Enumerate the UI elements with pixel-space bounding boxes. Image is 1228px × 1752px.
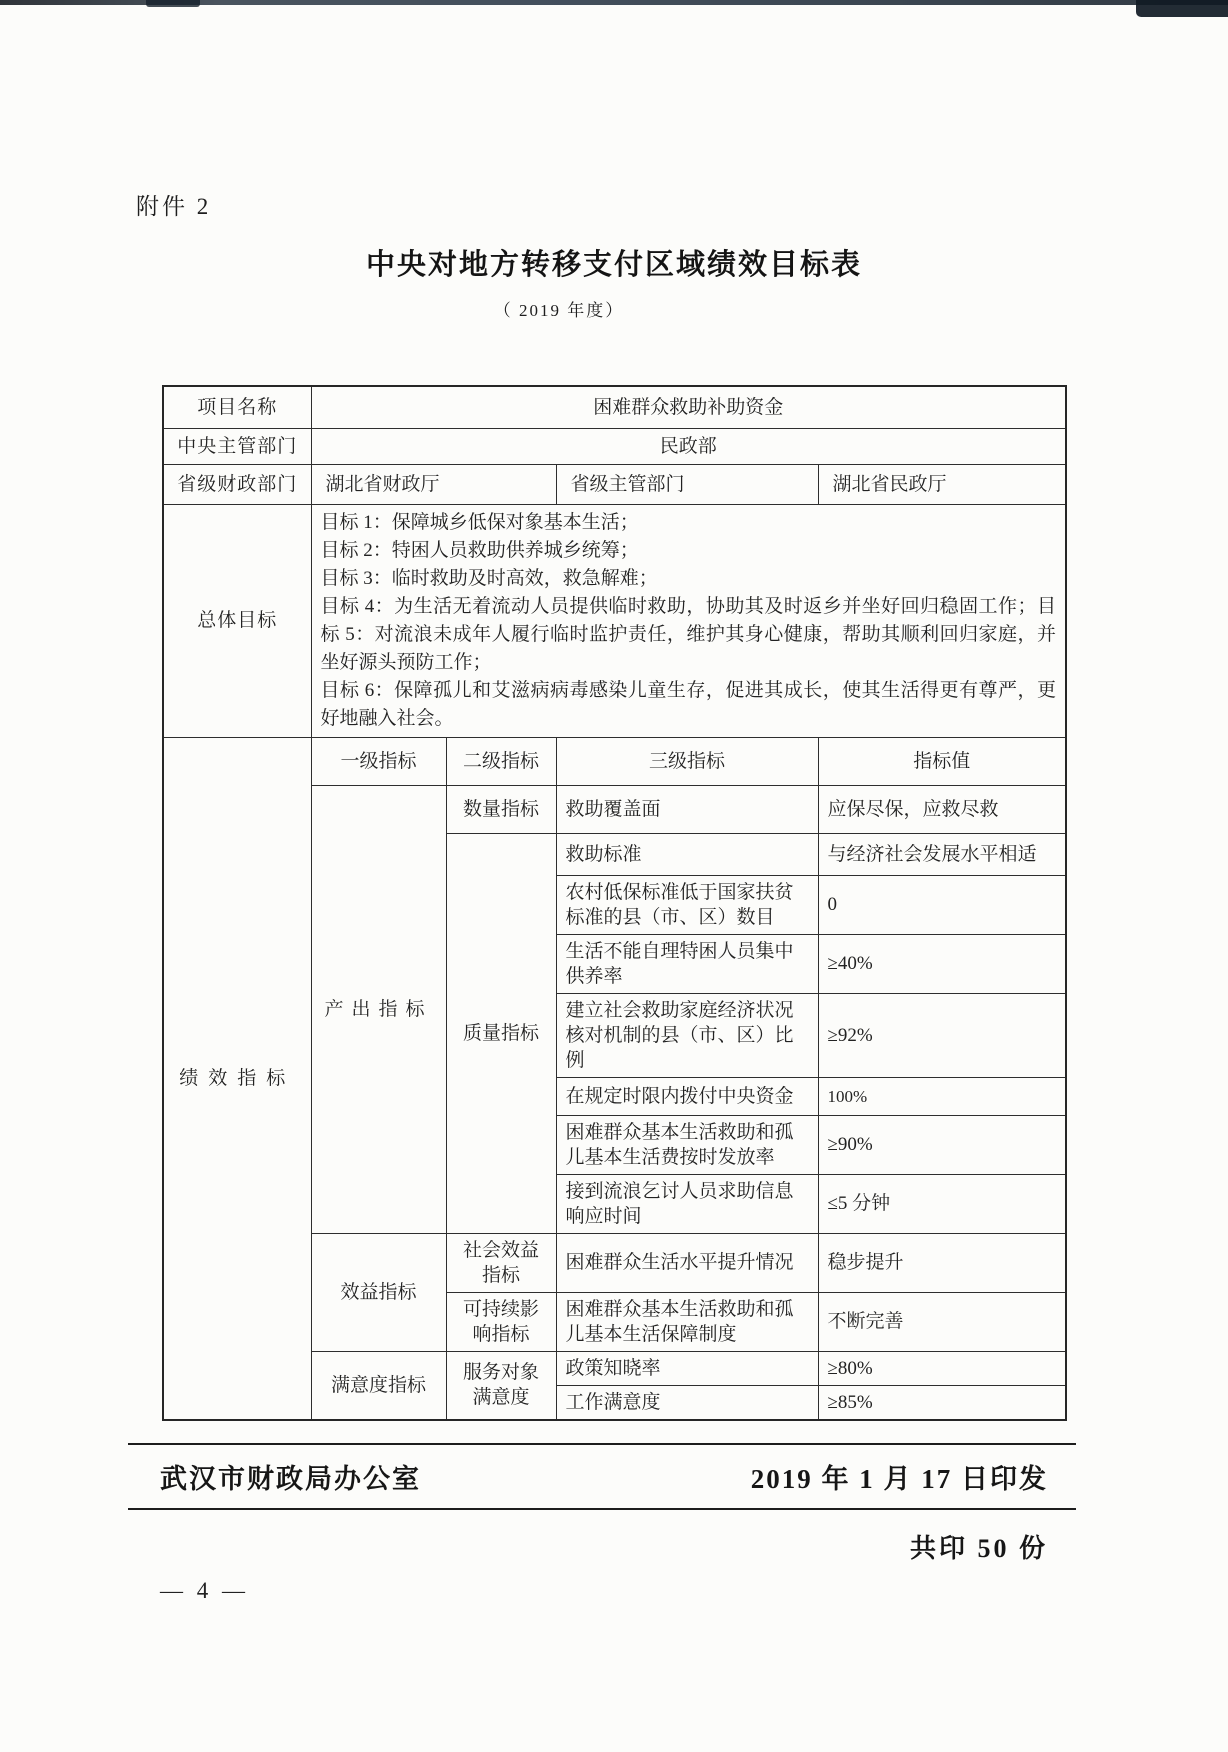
document-subtitle: （ 2019 年度）	[0, 296, 1173, 321]
table-row: 中央主管部门 民政部	[163, 428, 1066, 464]
indicator-name: 困难群众基本生活救助和孤儿基本生活保障制度	[556, 1292, 818, 1351]
provincial-finance-value: 湖北省财政厅	[311, 464, 556, 504]
indicator-name: 工作满意度	[556, 1385, 818, 1420]
indicator-value: 应保尽保，应救尽救	[818, 785, 1066, 833]
indicator-name: 接到流浪乞讨人员求助信息响应时间	[556, 1174, 818, 1233]
indicator-value: 稳步提升	[818, 1233, 1066, 1292]
performance-target-table: 项目名称 困难群众救助补助资金 中央主管部门 民政部 省级财政部门 湖北省财政厅…	[162, 385, 1067, 1421]
table-row: 省级财政部门 湖北省财政厅 省级主管部门 湖北省民政厅	[163, 464, 1066, 504]
provincial-dept-label: 省级主管部门	[556, 464, 818, 504]
indicator-name: 政策知晓率	[556, 1351, 818, 1385]
header-level3: 三级指标	[556, 737, 818, 785]
indicator-name: 生活不能自理特困人员集中供养率	[556, 934, 818, 993]
print-date: 2019 年 1 月 17 日印发	[751, 1457, 1048, 1496]
level2-service: 服务对象满意度	[446, 1351, 556, 1420]
indicator-value: ≥92%	[818, 993, 1066, 1077]
project-name-value: 困难群众救助补助资金	[311, 386, 1066, 428]
header-level2: 二级指标	[446, 737, 556, 785]
header-level1: 一级指标	[311, 737, 446, 785]
goal-line: 目标 1：保障城乡低保对象基本生活；	[321, 509, 1057, 537]
page-number: — 4 —	[160, 1578, 249, 1604]
goal-line: 目标 3：临时救助及时高效，救急解难；	[321, 565, 1057, 593]
overall-goal-text: 目标 1：保障城乡低保对象基本生活； 目标 2：特困人员救助供养城乡统筹； 目标…	[311, 504, 1066, 737]
level2-quantity: 数量指标	[446, 785, 556, 833]
indicator-name: 建立社会救助家庭经济状况核对机制的县（市、区）比例	[556, 993, 818, 1077]
goal-line: 目标 6：保障孤儿和艾滋病病毒感染儿童生存，促进其成长，使其生活得更有尊严，更好…	[321, 677, 1057, 733]
indicator-value: ≥80%	[818, 1351, 1066, 1385]
issuing-office: 武汉市财政局办公室	[160, 1457, 421, 1496]
indicator-name: 农村低保标准低于国家扶贫标准的县（市、区）数目	[556, 875, 818, 934]
level1-benefit: 效益指标	[311, 1233, 446, 1351]
indicator-name: 困难群众基本生活救助和孤儿基本生活费按时发放率	[556, 1115, 818, 1174]
indicator-value: 与经济社会发展水平相适	[818, 833, 1066, 875]
provincial-dept-value: 湖北省民政厅	[818, 464, 1066, 504]
indicator-name: 在规定时限内拨付中央资金	[556, 1077, 818, 1115]
indicator-header-row: 绩效指标 一级指标 二级指标 三级指标 指标值	[163, 737, 1066, 785]
document-title: 中央对地方转移支付区域绩效目标表	[0, 242, 1228, 283]
scan-artifact-corner	[1136, 0, 1228, 17]
indicator-value: ≥85%	[818, 1385, 1066, 1420]
goal-line: 目标 2：特困人员救助供养城乡统筹；	[321, 537, 1057, 565]
document-page: { "page": { "attachment": "附件 2", "title…	[0, 0, 1228, 1752]
goal-line: 目标 4：为生活无着流动人员提供临时救助，协助其及时返乡并坐好回归稳固工作；目标…	[321, 593, 1057, 677]
level1-output: 产出指标	[311, 785, 446, 1233]
indicator-name: 救助标准	[556, 833, 818, 875]
indicator-value: 0	[818, 875, 1066, 934]
table-row-overall-goal: 总体目标 目标 1：保障城乡低保对象基本生活； 目标 2：特困人员救助供养城乡统…	[163, 504, 1066, 737]
indicator-value: ≥90%	[818, 1115, 1066, 1174]
level1-satisfaction: 满意度指标	[311, 1351, 446, 1420]
indicator-value: 不断完善	[818, 1292, 1066, 1351]
footer-issuer-row: 武汉市财政局办公室 2019 年 1 月 17 日印发	[160, 1457, 1048, 1496]
central-dept-value: 民政部	[311, 428, 1066, 464]
attachment-label: 附件 2	[136, 188, 211, 221]
indicator-value: ≥40%	[818, 934, 1066, 993]
central-dept-label: 中央主管部门	[163, 428, 311, 464]
table-row: 项目名称 困难群众救助补助资金	[163, 386, 1066, 428]
indicator-value: ≤5 分钟	[818, 1174, 1066, 1233]
level2-social: 社会效益指标	[446, 1233, 556, 1292]
scan-artifact-mark	[146, 0, 200, 7]
project-name-label: 项目名称	[163, 386, 311, 428]
provincial-finance-label: 省级财政部门	[163, 464, 311, 504]
footer-divider-top	[128, 1443, 1076, 1445]
indicator-value: 100%	[818, 1077, 1066, 1115]
level2-quality: 质量指标	[446, 833, 556, 1233]
header-value: 指标值	[818, 737, 1066, 785]
performance-indicator-label: 绩效指标	[163, 737, 311, 1420]
overall-goal-label: 总体目标	[163, 504, 311, 737]
level2-sustain: 可持续影响指标	[446, 1292, 556, 1351]
print-copies: 共印 50 份	[160, 1528, 1048, 1565]
indicator-name: 救助覆盖面	[556, 785, 818, 833]
indicator-name: 困难群众生活水平提升情况	[556, 1233, 818, 1292]
footer-divider-bottom	[128, 1508, 1076, 1510]
